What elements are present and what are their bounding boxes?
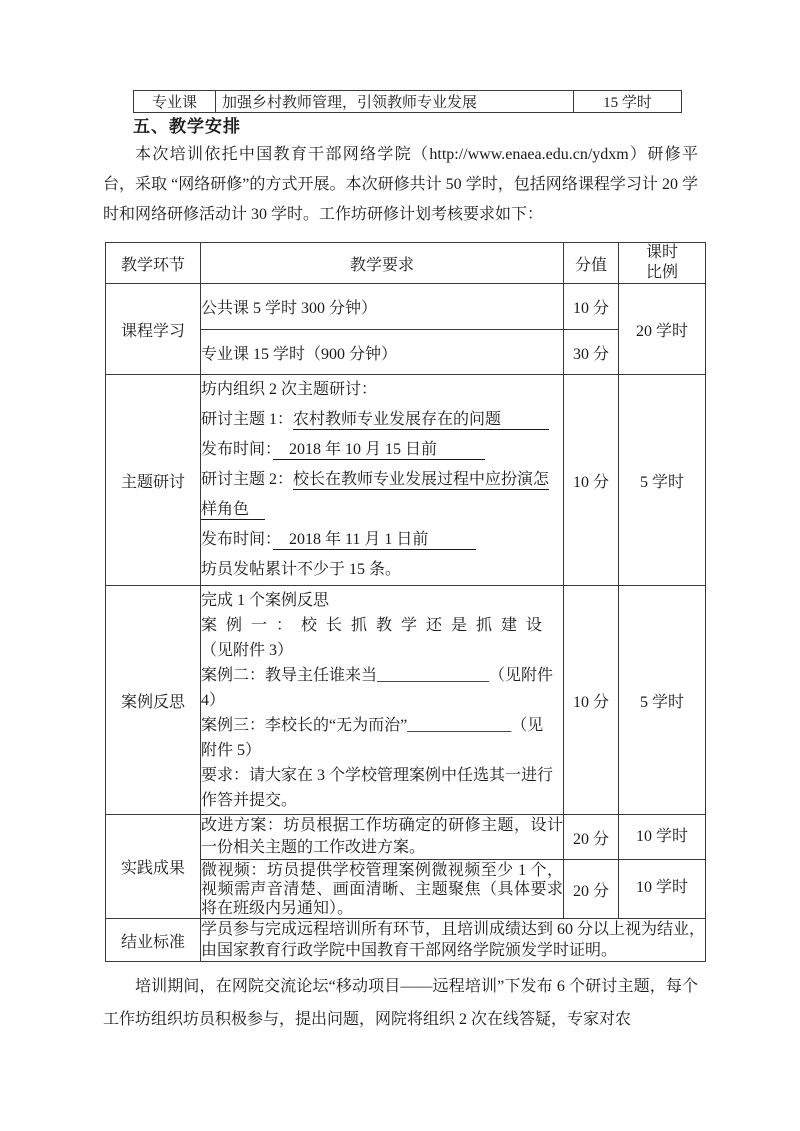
header-score-label: 分值: [575, 257, 607, 274]
case-line2: 案例一：校长抓教学还是抓建设: [201, 613, 563, 638]
cell-graduation-req: 学员参与完成远程培训所有环节，且培训成绩达到 60 分以上视为结业，由国家教育行…: [201, 919, 706, 962]
practice-results-label: 实践成果: [121, 860, 185, 877]
cell-public-course-score: 10 分: [564, 284, 619, 330]
topic1-line: 研讨主题 1：农村教师专业发展存在的问题: [201, 405, 563, 435]
course-hours-label: 15 学时: [603, 95, 652, 111]
cell-topic-discussion-score: 10 分: [564, 375, 619, 586]
plan-score: 20 分: [573, 831, 609, 848]
course-study-hours: 20 学时: [636, 323, 688, 340]
case-line8: 要求：请大家在 3 个学校管理案例中任选其一进行: [201, 763, 563, 788]
case-line7: 附件 5）: [201, 738, 563, 763]
cell-case-reflection-label: 案例反思: [106, 586, 201, 815]
cell-public-course-req: 公共课 5 学时 300 分钟）: [201, 284, 564, 330]
table-row: 专业课 加强乡村教师管理，引领教师专业发展 15 学时: [134, 91, 682, 113]
cell-video-hours: 10 学时: [619, 860, 706, 919]
case-line1: 完成 1 个案例反思: [201, 588, 563, 613]
cell-plan-hours: 10 学时: [619, 815, 706, 860]
header-hours-ratio: 课时 比例: [619, 243, 706, 284]
case-reflection-hours: 5 学时: [640, 694, 684, 711]
date2-line: 发布时间： 2018 年 11 月 1 日前: [201, 525, 563, 555]
row-topic-discussion: 主题研讨 坊内组织 2 次主题研讨： 研讨主题 1：农村教师专业发展存在的问题 …: [106, 375, 706, 586]
public-course-score: 10 分: [573, 300, 609, 317]
cell-video-score: 20 分: [564, 860, 619, 919]
case-line9: 作答并提交。: [201, 788, 563, 813]
graduation-req-text: 学员参与完成远程培训所有环节，且培训成绩达到 60 分以上视为结业，由国家教育行…: [201, 921, 705, 959]
course-study-label: 课程学习: [121, 323, 185, 340]
previous-section-table: 专业课 加强乡村教师管理，引领教师专业发展 15 学时: [133, 90, 682, 113]
row-practice-plan: 实践成果 改进方案：坊员根据工作坊确定的研修主题，设计一份相关主题的工作改进方案…: [106, 815, 706, 860]
row-course-study-public: 课程学习 公共课 5 学时 300 分钟） 10 分 20 学时: [106, 284, 706, 330]
cell-major-course-score: 30 分: [564, 330, 619, 375]
course-hours-cell: 15 学时: [574, 91, 682, 113]
cell-case-reflection-score: 10 分: [564, 586, 619, 815]
date2-value: 2018 年 11 月 1 日前: [273, 531, 476, 550]
header-teaching-stage-label: 教学环节: [121, 257, 185, 274]
topic-discussion-score: 10 分: [573, 474, 609, 491]
topic2-label: 研讨主题 2：: [201, 471, 293, 488]
table-header-row: 教学环节 教学要求 分值 课时 比例: [106, 243, 706, 284]
plan-hours: 10 学时: [636, 828, 688, 845]
cell-case-reflection-hours: 5 学时: [619, 586, 706, 815]
case-line3: （见附件 3）: [201, 638, 563, 663]
case-line5: 4）: [201, 688, 563, 713]
topic2-value-line1: 校长在教师专业发展过程中应扮演怎: [293, 471, 549, 490]
header-teaching-requirements-label: 教学要求: [350, 257, 414, 274]
cell-plan-req: 改进方案：坊员根据工作坊确定的研修主题，设计一份相关主题的工作改进方案。: [201, 815, 564, 860]
cell-topic-discussion-hours: 5 学时: [619, 375, 706, 586]
assessment-table: 教学环节 教学要求 分值 课时 比例 课程学习 公共课 5 学时 300 分钟）…: [105, 242, 706, 962]
intro-paragraph: 本次培训依托中国教育干部网络学院（http://www.enaea.edu.cn…: [103, 140, 698, 230]
topic1-value: 农村教师专业发展存在的问题: [293, 411, 549, 430]
cell-case-reflection-req: 完成 1 个案例反思 案例一：校长抓教学还是抓建设 （见附件 3） 案例二：教导…: [201, 586, 564, 815]
major-course-score: 30 分: [573, 346, 609, 363]
plan-req-text: 改进方案：坊员根据工作坊确定的研修主题，设计一份相关主题的工作改进方案。: [201, 817, 563, 856]
case-reflection-label: 案例反思: [121, 694, 185, 711]
cell-practice-results-label: 实践成果: [106, 815, 201, 919]
cell-topic-discussion-label: 主题研讨: [106, 375, 201, 586]
topic1-label: 研讨主题 1：: [201, 411, 293, 428]
course-content-cell: 加强乡村教师管理，引领教师专业发展: [216, 91, 574, 113]
video-hours: 10 学时: [636, 879, 688, 896]
row-graduation: 结业标准 学员参与完成远程培训所有环节，且培训成绩达到 60 分以上视为结业，由…: [106, 919, 706, 962]
date1-line: 发布时间： 2018 年 10 月 15 日前: [201, 435, 563, 465]
topic-discussion-note: 坊员发帖累计不少于 15 条。: [201, 555, 563, 585]
public-course-req-text: 公共课 5 学时 300 分钟）: [201, 300, 377, 317]
course-type-label: 专业课: [152, 95, 197, 111]
cell-plan-score: 20 分: [564, 815, 619, 860]
case-reflection-score: 10 分: [573, 694, 609, 711]
video-score: 20 分: [573, 883, 609, 900]
header-teaching-requirements: 教学要求: [201, 243, 564, 284]
closing-paragraph: 培训期间，在网院交流论坛“移动项目——远程培训”下发布 6 个研讨主题，每个工作…: [103, 970, 698, 1036]
row-case-reflection: 案例反思 完成 1 个案例反思 案例一：校长抓教学还是抓建设 （见附件 3） 案…: [106, 586, 706, 815]
date2-label: 发布时间：: [201, 531, 273, 548]
cell-topic-discussion-req: 坊内组织 2 次主题研讨： 研讨主题 1：农村教师专业发展存在的问题 发布时间：…: [201, 375, 564, 586]
date1-label: 发布时间：: [201, 441, 273, 458]
case-line6: 案例三：李校长的“无为而治”_____________（见: [201, 713, 563, 738]
case-line4: 案例二：教导主任谁来当______________（见附件: [201, 663, 563, 688]
topic-discussion-label: 主题研讨: [121, 474, 185, 491]
cell-major-course-req: 专业课 15 学时（900 分钟）: [201, 330, 564, 375]
course-type-cell: 专业课: [134, 91, 216, 113]
header-teaching-stage: 教学环节: [106, 243, 201, 284]
video-req-text: 微视频：坊员提供学校管理案例微视频至少 1 个，视频需声音清楚、画面清晰、主题聚…: [201, 862, 563, 917]
header-score: 分值: [564, 243, 619, 284]
date1-value: 2018 年 10 月 15 日前: [273, 441, 485, 460]
cell-course-study-label: 课程学习: [106, 284, 201, 375]
topic-discussion-intro: 坊内组织 2 次主题研讨：: [201, 375, 563, 405]
topic2-value-line2: 样角色: [201, 501, 265, 520]
graduation-label: 结业标准: [121, 934, 185, 951]
header-hours-line2: 比例: [619, 263, 705, 283]
document-page: { "document": { "prev_table_row": { "cou…: [0, 0, 800, 1131]
topic2-wrap-line: 样角色: [201, 495, 563, 525]
header-hours-line1: 课时: [619, 243, 705, 263]
cell-course-study-hours: 20 学时: [619, 284, 706, 375]
major-course-req-text: 专业课 15 学时（900 分钟）: [201, 346, 397, 363]
topic-discussion-hours: 5 学时: [640, 474, 684, 491]
cell-graduation-label: 结业标准: [106, 919, 201, 962]
topic2-line: 研讨主题 2：校长在教师专业发展过程中应扮演怎: [201, 465, 563, 495]
course-content-label: 加强乡村教师管理，引领教师专业发展: [222, 95, 477, 111]
cell-video-req: 微视频：坊员提供学校管理案例微视频至少 1 个，视频需声音清楚、画面清晰、主题聚…: [201, 860, 564, 919]
section-heading: 五、教学安排: [133, 112, 241, 137]
